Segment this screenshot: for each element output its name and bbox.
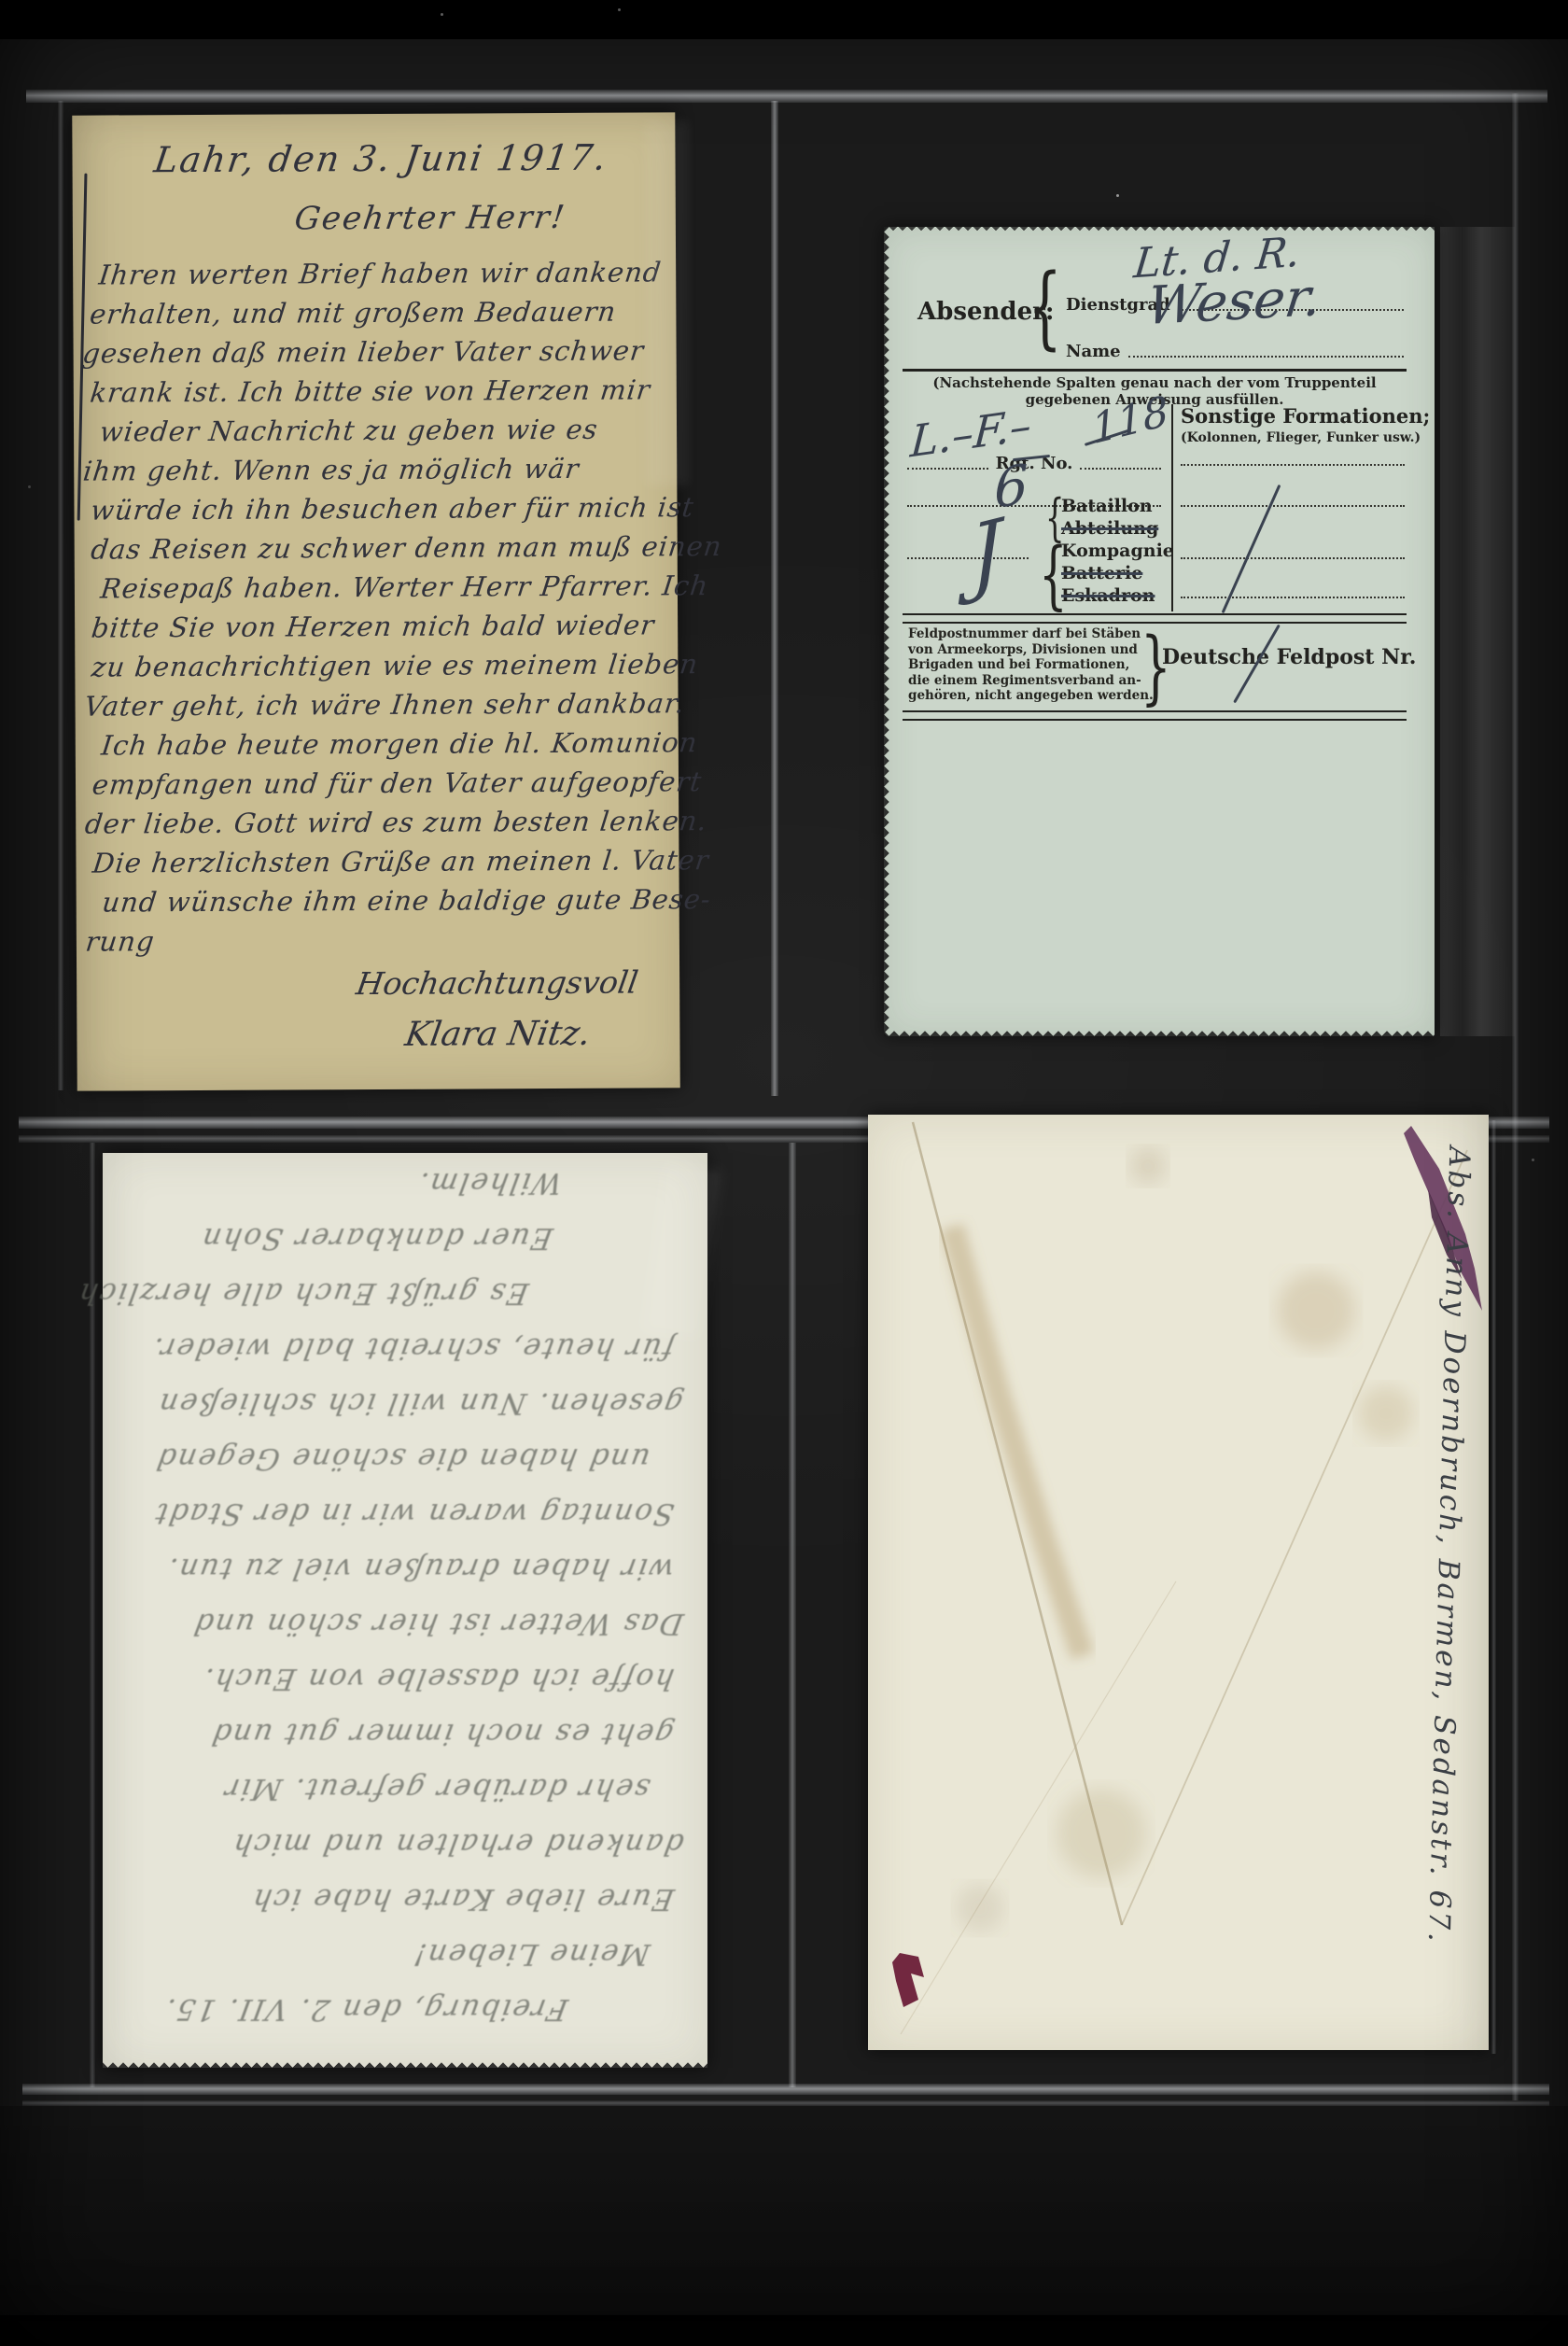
sleeve-bottom-edge bbox=[22, 2084, 1549, 2095]
stain bbox=[1358, 1385, 1414, 1441]
pencil-line: Das Wetter ist hier schön und bbox=[132, 1595, 688, 1651]
footnote-line: Feldpostnummer darf bei Stäben bbox=[908, 626, 1154, 642]
postcard-line: würde ich ihn besuchen aber für mich ist bbox=[89, 487, 672, 529]
footnote-line: Brigaden und bei Formationen, bbox=[908, 657, 1154, 673]
regiment-dotted-right bbox=[1080, 467, 1161, 470]
top-black-bar bbox=[0, 0, 1568, 39]
sonstige-dotted-4 bbox=[1181, 569, 1405, 602]
name-value: Weser. bbox=[1143, 267, 1324, 337]
name-dotted-line bbox=[1128, 355, 1404, 358]
unit-label-bataillon: Bataillon bbox=[1061, 496, 1153, 516]
plastic-glare bbox=[646, 121, 687, 485]
sleeve-top-edge bbox=[26, 90, 1547, 103]
stain bbox=[1057, 1789, 1146, 1878]
pencil-line: hoffe ich dasselbe von Euch. bbox=[132, 1651, 679, 1706]
stain bbox=[956, 1884, 1004, 1932]
unit-label-eskadron: Eskadron bbox=[1061, 585, 1155, 606]
footnote-line: gehören, nicht angegeben werden. bbox=[908, 688, 1154, 704]
postcard-line: zu benachrichtigen wie es meinem lieben bbox=[90, 644, 673, 686]
dotted-line bbox=[1181, 596, 1405, 598]
absender-brace: { bbox=[1028, 255, 1062, 359]
stain bbox=[1129, 1147, 1167, 1185]
sonstige-dotted-3 bbox=[1181, 529, 1405, 563]
postcard-line: Ich habe heute morgen die hl. Komunion bbox=[99, 723, 673, 765]
sleeve-center-seam-top bbox=[771, 101, 778, 1096]
postcard-line: rung bbox=[83, 919, 674, 961]
postcard-closing: Hochachtungsvoll bbox=[354, 964, 640, 1003]
name-label: Name bbox=[1066, 342, 1121, 361]
dotted-line bbox=[1181, 504, 1405, 507]
flourish-mark: J bbox=[969, 500, 1004, 607]
unit-label-batterie: Batterie bbox=[1061, 563, 1142, 583]
header-rule bbox=[903, 369, 1407, 372]
sleeve-center-seam-bottom bbox=[789, 1143, 796, 2087]
pencil-line: für heute, schreibt bald wieder. bbox=[132, 1320, 679, 1375]
unit-label-kompagnie: Kompagnie bbox=[1061, 541, 1174, 561]
dust-speck bbox=[1116, 194, 1119, 197]
dotted-line bbox=[1181, 463, 1405, 466]
perforated-edge-left bbox=[884, 227, 890, 1036]
dust-speck bbox=[28, 485, 31, 488]
footnote-line: von Armeekorps, Divisionen und bbox=[908, 642, 1154, 658]
name-row: Name bbox=[1066, 328, 1404, 361]
perforated-edge-top bbox=[884, 227, 1435, 232]
postcard-line: der liebe. Gott wird es zum besten lenke… bbox=[83, 801, 674, 843]
pencil-line: gesehen. Nun will ich schließen bbox=[132, 1375, 688, 1430]
unit-dotted-row-2 bbox=[907, 529, 1029, 563]
handwritten-postcard: Lahr, den 3. Juni 1917. Geehrter Herr! I… bbox=[72, 112, 679, 1090]
feldpost-footnote: Feldpostnummer darf bei Stäben von Armee… bbox=[908, 626, 1154, 704]
fold-stain bbox=[952, 1227, 1083, 1656]
feldpost-form-card: Absender: { Dienstgrad Name Lt. d. R. We… bbox=[884, 227, 1435, 1036]
sleeve-bottom-edge-2 bbox=[22, 2100, 1549, 2106]
album-page-photo: Lahr, den 3. Juni 1917. Geehrter Herr! I… bbox=[0, 0, 1568, 2346]
postcard-line: das Reisen zu schwer denn man muß einen bbox=[89, 527, 672, 569]
postcard-line: wieder Nachricht zu geben wie es bbox=[98, 409, 672, 451]
pencil-lines: Freiburg, den 2. VII. 15. Meine Lieben! … bbox=[136, 1155, 674, 2036]
dotted-line bbox=[1181, 556, 1405, 559]
sleeve-sheen-right bbox=[1440, 227, 1515, 1036]
sleeve-left-edge-top bbox=[58, 101, 63, 1090]
pencil-line: wir haben draußen viel zu tun. bbox=[132, 1540, 679, 1595]
pencil-line: geht es noch immer gut und bbox=[132, 1706, 679, 1761]
maroon-seal-blob bbox=[892, 1953, 924, 2007]
postcard-line: ihm geht. Wenn es ja möglich wär bbox=[81, 448, 672, 490]
postcard-line: erhalten, und mit großem Bedauern bbox=[88, 291, 671, 333]
dust-speck bbox=[1532, 1159, 1534, 1161]
postcard-line: Vater geht, ich wäre Ihnen sehr dankbar. bbox=[82, 683, 673, 725]
sonstige-dotted-1 bbox=[1181, 436, 1405, 470]
sleeve-right-edge-bottom bbox=[1491, 1120, 1496, 2054]
bottom-felt-shadow bbox=[0, 2106, 1568, 2321]
postcard-body: Ihren werten Brief haben wir dankend erh… bbox=[90, 252, 672, 961]
column-divider bbox=[1171, 404, 1173, 611]
pencil-line: Euer dankbarer Sohn bbox=[132, 1210, 679, 1265]
dotted-line bbox=[907, 556, 1029, 559]
pencil-line: und haben die schöne Gegend bbox=[132, 1430, 654, 1485]
instruction-line1: (Nachstehende Spalten genau nach der vom… bbox=[903, 374, 1407, 391]
stain bbox=[1277, 1271, 1355, 1350]
postcard-line: Reisepaß haben. Werter Herr Pfarrer. Ich bbox=[98, 566, 672, 608]
postcard-line: und wünsche ihm eine baldige gute Bese- bbox=[100, 879, 674, 921]
sleeve-right-edge-top bbox=[1512, 93, 1519, 2100]
pencil-line: Meine Lieben! bbox=[132, 1926, 654, 1981]
dust-speck bbox=[441, 13, 443, 16]
postcard-signature: Klara Nitz. bbox=[402, 1015, 593, 1054]
pencil-line: dankend erhalten und mich bbox=[132, 1816, 688, 1871]
footnote-line: die einem Regimentsverband an- bbox=[908, 673, 1154, 689]
envelope-back: Abs. Anny Doernbruch, Barmen, Sedanstr. … bbox=[868, 1115, 1489, 2050]
feldpost-nr-row: Deutsche Feldpost Nr. bbox=[1162, 636, 1405, 669]
feldpost-nr-label: Deutsche Feldpost Nr. bbox=[1162, 645, 1416, 669]
pencil-line: Wilhelm. bbox=[132, 1155, 688, 1210]
perforated-edge-bottom bbox=[884, 1030, 1435, 1036]
sonstige-title: Sonstige Formationen; bbox=[1181, 404, 1430, 428]
postcard-dateline: Lahr, den 3. Juni 1917. bbox=[152, 137, 610, 181]
postcard-line: Ihren werten Brief haben wir dankend bbox=[97, 252, 671, 294]
regiment-dotted-left bbox=[907, 467, 988, 470]
postcard-line: empfangen und für den Vater aufgeopfert bbox=[91, 762, 674, 804]
pencil-line: Es grüßt Euch alle herzlich bbox=[132, 1265, 654, 1320]
envelope-folds-and-stains bbox=[868, 1115, 1489, 2050]
flap-fold-right bbox=[1122, 1150, 1467, 1925]
sonstige-dotted-2 bbox=[1181, 477, 1405, 511]
postcard-line: krank ist. Ich bitte sie von Herzen mir bbox=[88, 370, 671, 412]
pencil-line: sehr darüber gefreut. Mir bbox=[132, 1761, 654, 1816]
postcard-salutation: Geehrter Herr! bbox=[292, 199, 568, 238]
pencil-line: Eure liebe Karte habe ich bbox=[132, 1871, 679, 1926]
double-rule-lower bbox=[903, 710, 1407, 721]
unit-label-abteilung: Abteilung bbox=[1061, 518, 1158, 539]
dust-speck bbox=[618, 8, 621, 11]
postcard-line: Die herzlichsten Grüße an meinen l. Vate… bbox=[91, 840, 674, 882]
pencil-line: Sonntag waren wir in der Stadt bbox=[132, 1485, 679, 1540]
pencil-letter-text-rotated: Freiburg, den 2. VII. 15. Meine Lieben! … bbox=[103, 1153, 707, 2068]
postcard-line: gesehen daß mein lieber Vater schwer bbox=[80, 330, 671, 372]
postcard-line: bitte Sie von Herzen mich bald wieder bbox=[90, 605, 673, 647]
pencil-letter: Freiburg, den 2. VII. 15. Meine Lieben! … bbox=[103, 1153, 707, 2068]
pencil-line: Freiburg, den 2. VII. 15. bbox=[132, 1981, 679, 2036]
